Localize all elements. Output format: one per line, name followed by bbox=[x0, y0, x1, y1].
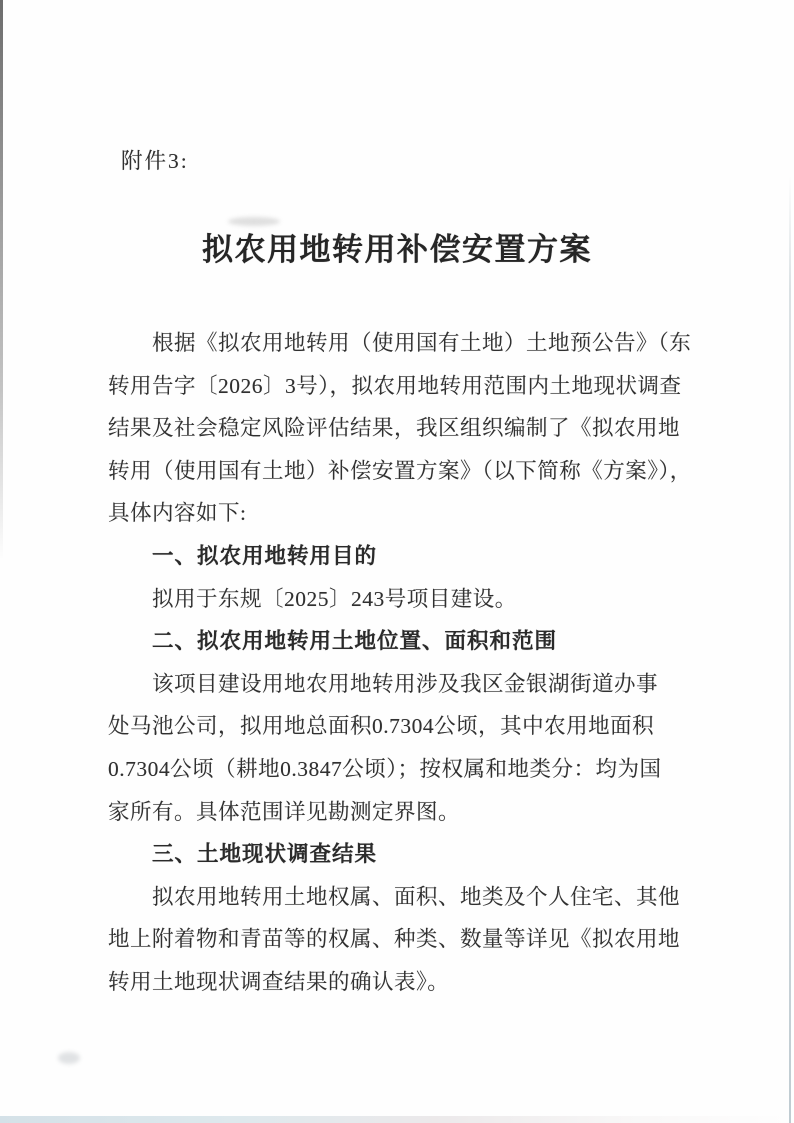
section-heading-2: 二、拟农用地转用土地位置、面积和范围 bbox=[108, 620, 700, 663]
paragraph-line: 结果及社会稳定风险评估结果，我区组织编制了《拟农用地 bbox=[108, 407, 700, 450]
paragraph-line: 拟用于东规〔2025〕243号项目建设。 bbox=[108, 578, 700, 621]
scan-smudge-above-title bbox=[228, 217, 280, 226]
scan-smudge-bottom-left bbox=[58, 1052, 80, 1064]
paragraph-line: 家所有。具体范围详见勘测定界图。 bbox=[108, 791, 700, 834]
paragraph-line: 转用告字〔2026〕3号），拟农用地转用范围内土地现状调查 bbox=[108, 365, 700, 408]
document-title: 拟农用地转用补偿安置方案 bbox=[0, 229, 794, 271]
scanned-document-page: 附件3: 拟农用地转用补偿安置方案 根据《拟农用地转用（使用国有土地）土地预公告… bbox=[0, 0, 794, 1123]
paragraph-line: 转用土地现状调查结果的确认表》。 bbox=[108, 961, 700, 1004]
paragraph-line: 具体内容如下: bbox=[108, 492, 700, 535]
paragraph-line: 根据《拟农用地转用（使用国有土地）土地预公告》（东 bbox=[108, 322, 700, 365]
scan-artifact-bottom-band bbox=[0, 1116, 794, 1123]
attachment-label: 附件3: bbox=[121, 146, 189, 176]
paragraph-line: 拟农用地转用土地权属、面积、地类及个人住宅、其他 bbox=[108, 876, 700, 919]
section-heading-1: 一、拟农用地转用目的 bbox=[108, 535, 700, 578]
paragraph-line: 转用（使用国有土地）补偿安置方案》（以下简称《方案》）， bbox=[108, 450, 700, 493]
paragraph-line: 地上附着物和青苗等的权属、种类、数量等详见《拟农用地 bbox=[108, 918, 700, 961]
section-heading-3: 三、土地现状调查结果 bbox=[108, 833, 700, 876]
paragraph-line: 处马池公司，拟用地总面积0.7304公顷，其中农用地面积 bbox=[108, 705, 700, 748]
paragraph-line: 0.7304公顷（耕地0.3847公顷）；按权属和地类分：均为国 bbox=[108, 748, 700, 791]
scan-artifact-left-edge bbox=[0, 0, 3, 560]
document-body: 根据《拟农用地转用（使用国有土地）土地预公告》（东 转用告字〔2026〕3号），… bbox=[108, 322, 700, 1004]
paragraph-line: 该项目建设用地农用地转用涉及我区金银湖街道办事 bbox=[108, 663, 700, 706]
scan-artifact-right-edge bbox=[789, 175, 791, 1123]
